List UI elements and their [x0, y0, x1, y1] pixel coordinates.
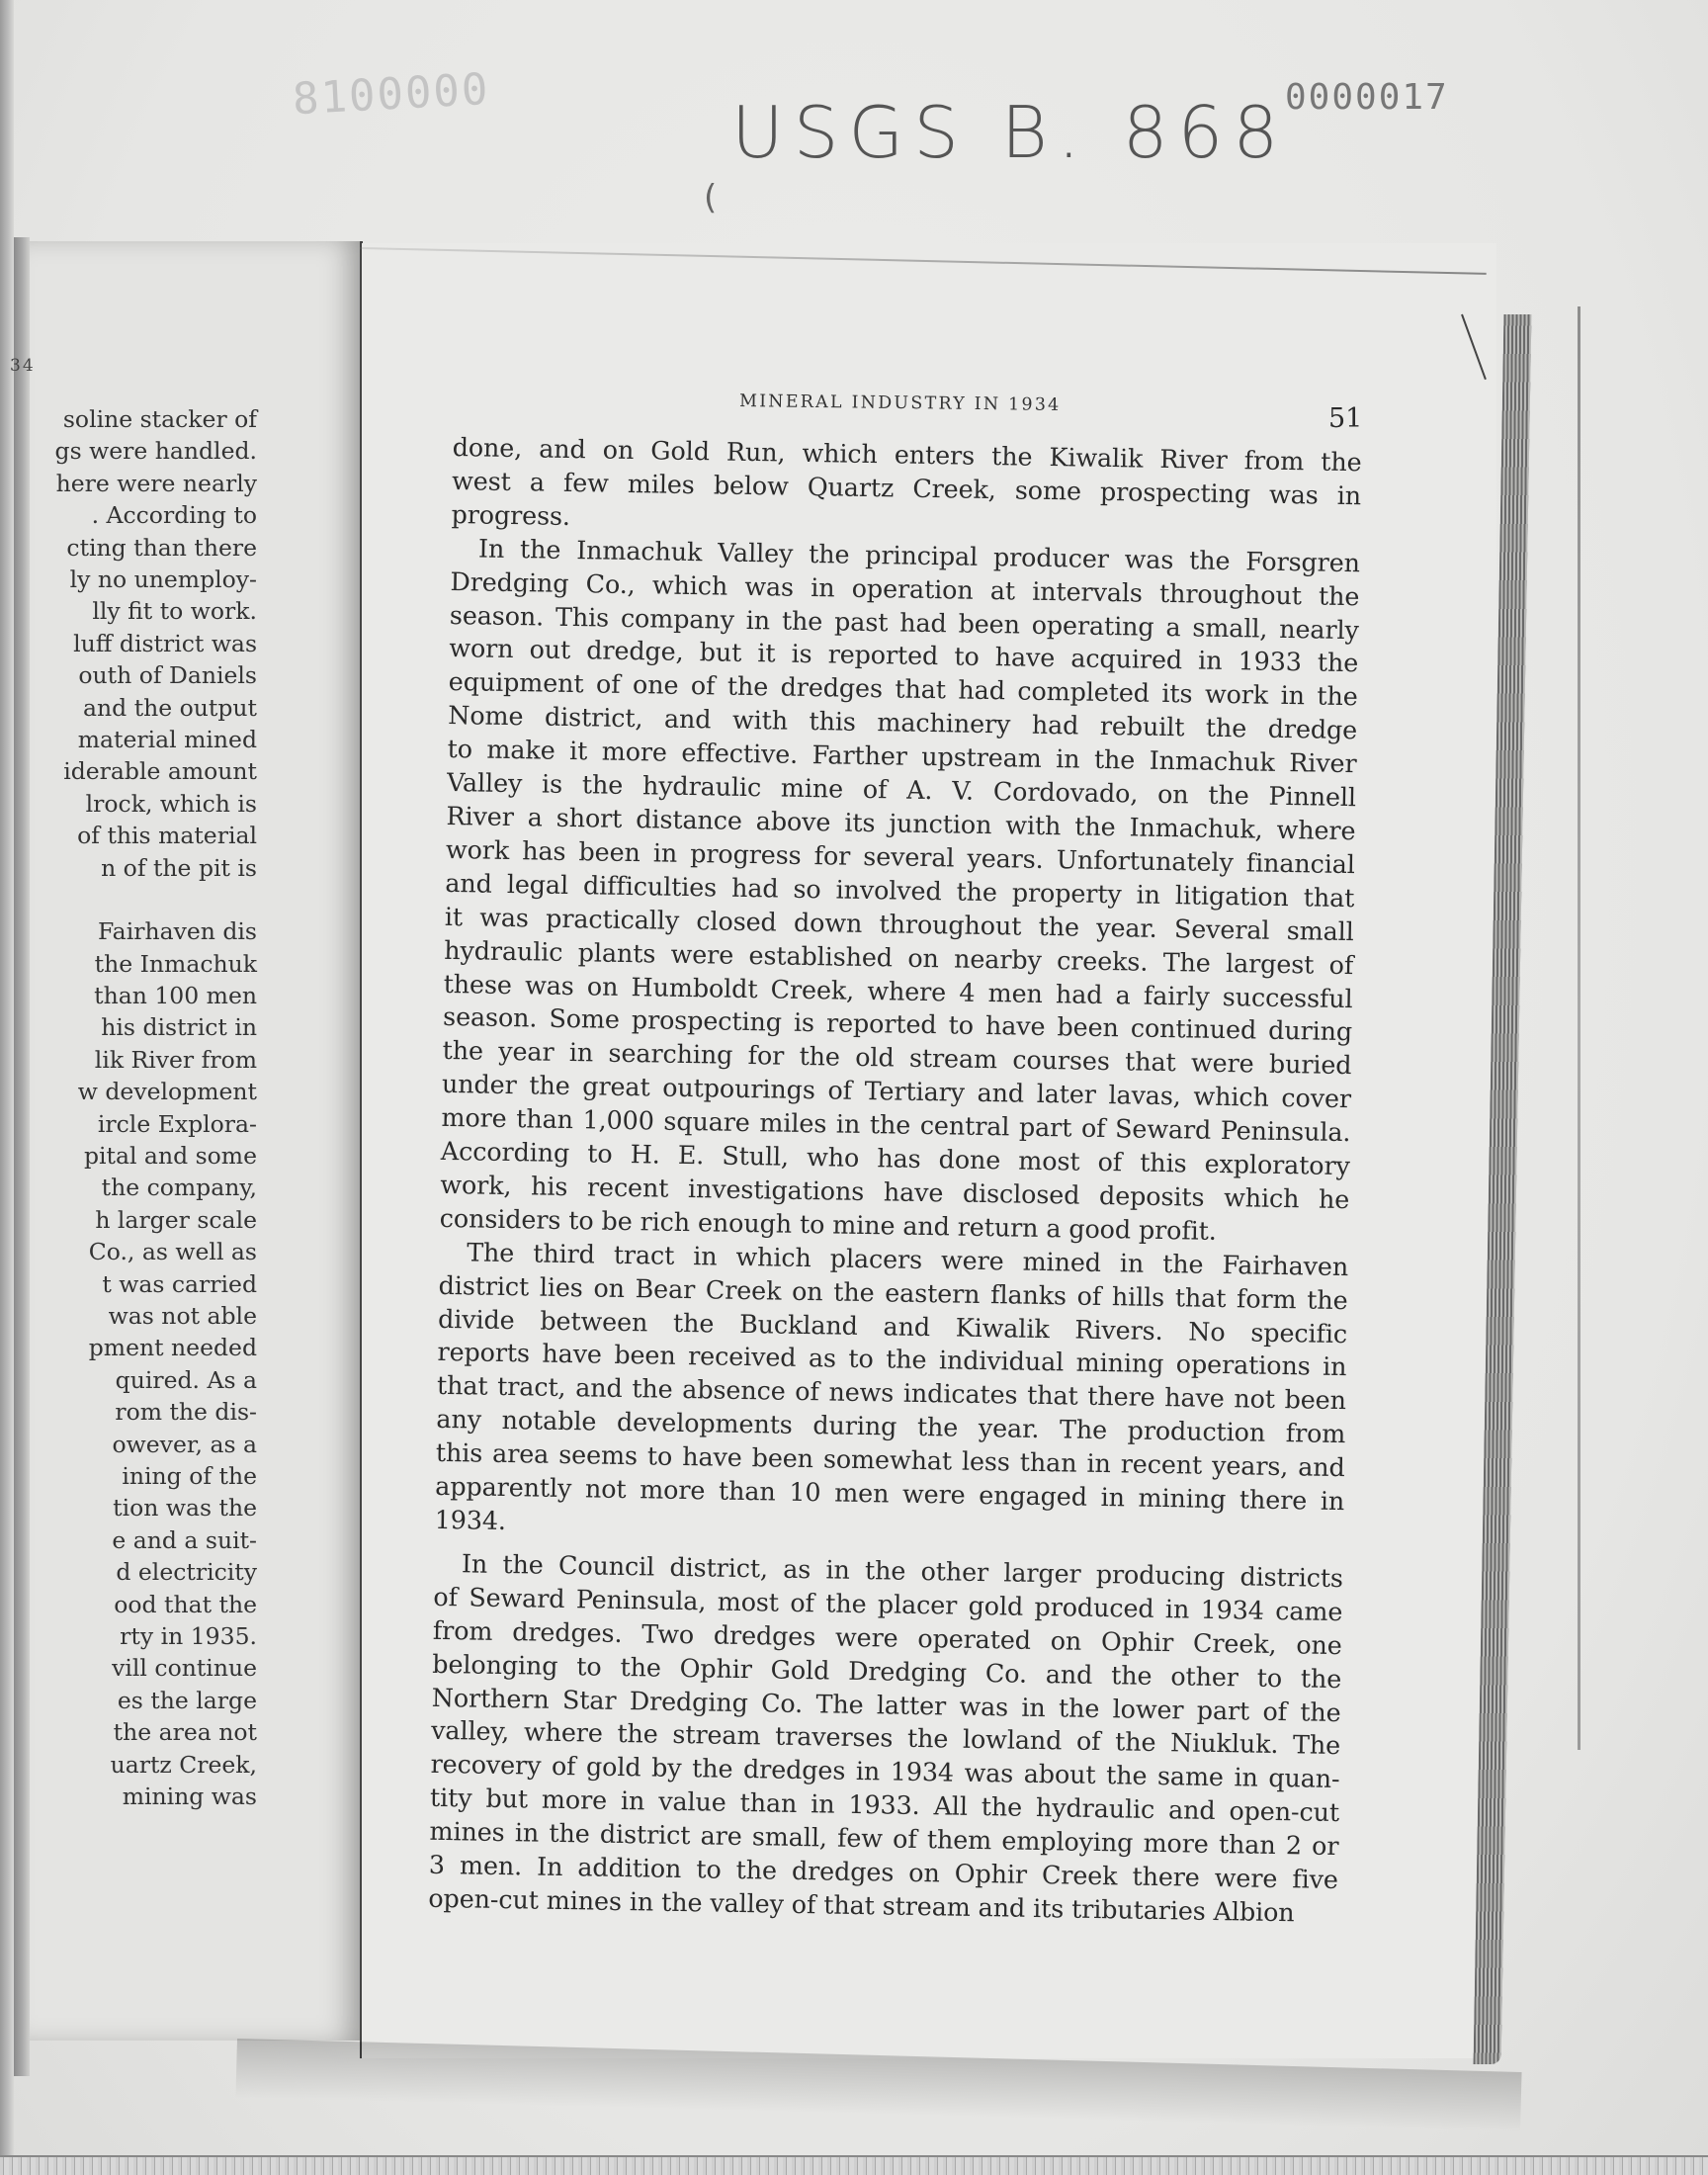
previous-page-line: material mined [24, 724, 257, 755]
running-head: MINERAL INDUSTRY IN 1934 [739, 391, 1062, 415]
previous-page-line: and the output [24, 692, 257, 724]
previous-page-line: the Inmachuk [24, 948, 257, 980]
previous-page-line: pment needed [24, 1332, 257, 1363]
previous-page-line: than 100 men [24, 980, 257, 1011]
paragraph: The third tract in which placers were mi… [434, 1236, 1348, 1552]
previous-page-line: es the large [24, 1685, 257, 1716]
previous-page-line: ircle Explora- [24, 1108, 257, 1140]
stamp-number: 8100000 [292, 64, 491, 125]
body-text: done, and on Gold Run, which enters the … [428, 431, 1362, 1931]
previous-page-line: t was carried [24, 1268, 257, 1300]
handwritten-document-id: USGS B. 868 [731, 91, 1288, 174]
previous-page-line: of this material [24, 820, 257, 851]
binding-shadow-outer [0, 0, 14, 2175]
previous-page-line: ining of the [24, 1460, 257, 1492]
previous-page-line: his district in [24, 1011, 257, 1043]
paragraph: In the Council district, as in the other… [428, 1547, 1343, 1931]
previous-page-line: was not able [24, 1300, 257, 1332]
paragraph: In the Inmachuk Valley the principal pro… [440, 532, 1361, 1251]
stamp-sequence-number: 0000017 [1285, 77, 1449, 118]
page-number: 51 [1328, 403, 1362, 434]
book-outer-edge [1578, 306, 1580, 1750]
previous-page-line: rom the dis- [24, 1396, 257, 1428]
handwritten-mark: ( [704, 178, 717, 217]
previous-page-line: here were nearly [24, 468, 257, 499]
previous-page-line: lly fit to work. [24, 595, 257, 627]
previous-page-line: rty in 1935. [24, 1620, 257, 1652]
previous-page-line: tion was the [24, 1492, 257, 1523]
previous-page-line: . According to [24, 499, 257, 531]
previous-page-text: soline stacker ofgs were handled.here we… [24, 403, 257, 1812]
previous-page-line: cting than there [24, 532, 257, 564]
previous-page-line: outh of Daniels [24, 659, 257, 691]
previous-page-line: soline stacker of [24, 403, 257, 435]
previous-page-line: owever, as a [24, 1429, 257, 1460]
previous-page-line: mining was [24, 1781, 257, 1812]
previous-page-line: quired. As a [24, 1364, 257, 1396]
previous-page-line: iderable amount [24, 755, 257, 787]
previous-page-line: gs were handled. [24, 435, 257, 467]
previous-page-line: uartz Creek, [24, 1749, 257, 1781]
scanner-artifact-bar [0, 2155, 1708, 2175]
previous-page-line: the area not [24, 1716, 257, 1748]
previous-page-line: d electricity [24, 1556, 257, 1588]
previous-page-line: lrock, which is [24, 788, 257, 820]
previous-page-line: Fairhaven dis [24, 915, 257, 947]
previous-page-line: e and a suit- [24, 1524, 257, 1556]
previous-page-line: w development [24, 1076, 257, 1107]
previous-page-line: n of the pit is [24, 852, 257, 884]
previous-page-line: Co., as well as [24, 1236, 257, 1267]
previous-page-number: 34 [10, 356, 36, 376]
previous-page-line: pital and some [24, 1140, 257, 1172]
previous-page-line: luff district was [24, 628, 257, 659]
paragraph: done, and on Gold Run, which enters the … [451, 431, 1362, 547]
previous-page-line: the company, [24, 1172, 257, 1203]
previous-page-line: lik River from [24, 1044, 257, 1076]
paragraph-gap [24, 884, 257, 915]
previous-page-line: vill continue [24, 1652, 257, 1684]
previous-page-line: ly no unemploy- [24, 564, 257, 595]
previous-page-line: h larger scale [24, 1204, 257, 1236]
previous-page-line: ood that the [24, 1589, 257, 1620]
